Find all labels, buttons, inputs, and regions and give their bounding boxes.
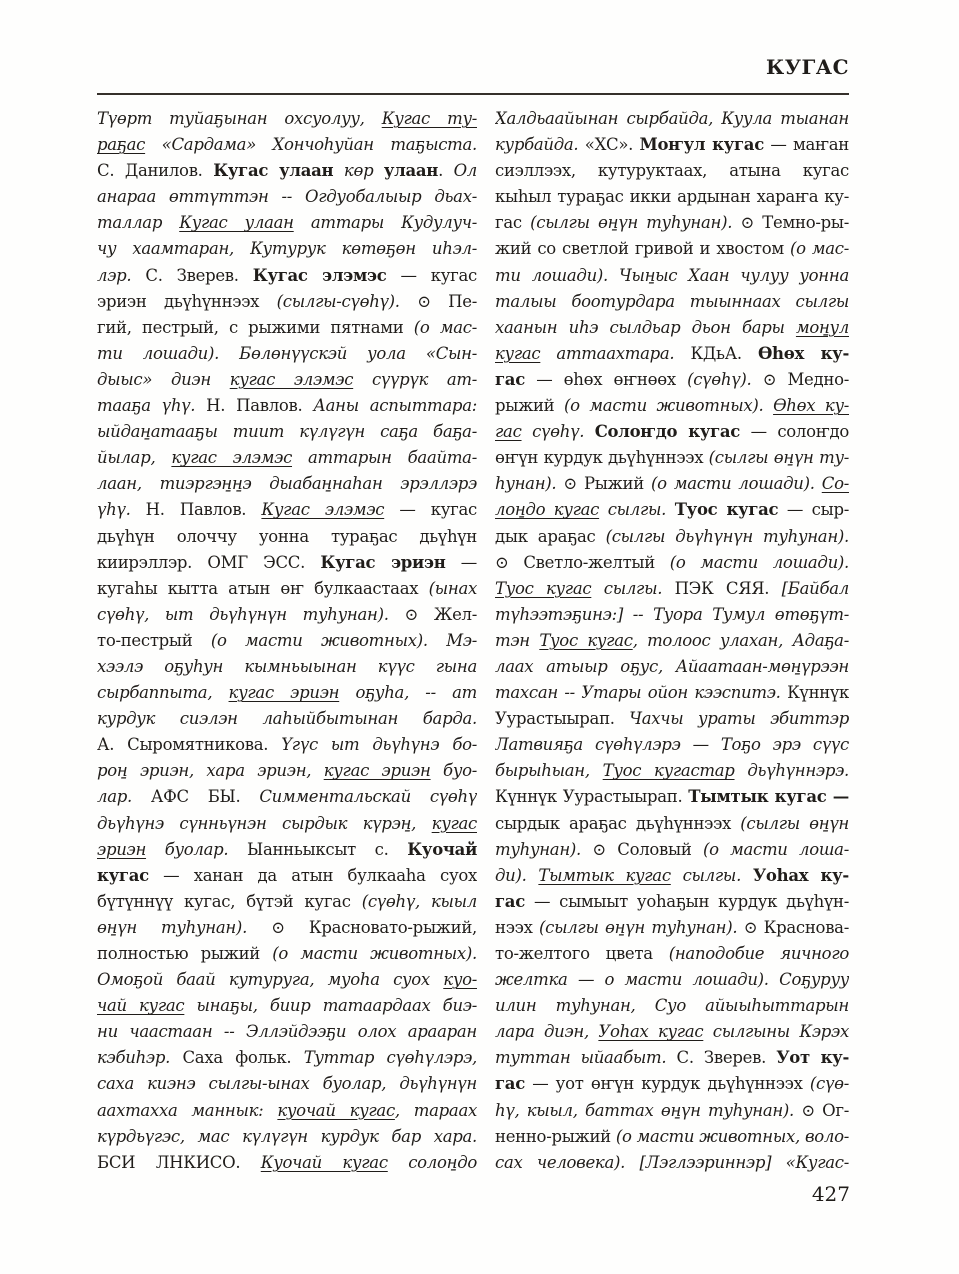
text-line: чай кугас ынаҕы, биир татаардаах биэ- xyxy=(97,993,477,1019)
text-line: БСИ ЛНКИСО. Куочай кугас солон̱до xyxy=(97,1150,477,1176)
page-number: 427 xyxy=(812,1182,850,1206)
text-line: Түөрт туйаҕынан охсуолуу, Кугас ту- xyxy=(97,106,477,132)
text-line: Латвияҕа сүөһүлэрэ — Тоҕо эрэ сүүс xyxy=(495,732,849,758)
text-run: Туттар сүөһүлэрэ, xyxy=(304,1048,477,1067)
text-run: анараа өттүттэн -- Огдуобалыыр дьах- xyxy=(97,187,477,206)
text-run: , тараах xyxy=(395,1101,477,1120)
text-run: (наподобие яичного xyxy=(669,944,849,963)
text-run: (о мас- xyxy=(414,318,477,337)
text-column-right: Халдьаайынан сырбайда, Куула тыананкурба… xyxy=(495,106,849,1176)
text-run: — xyxy=(446,553,477,572)
text-run: Омоҕой баай кутуруга, муоһа суох xyxy=(97,970,443,989)
text-run: Уурастыырап. xyxy=(495,709,629,728)
text-line: Омоҕой баай кутуруга, муоһа суох куо- xyxy=(97,967,477,993)
text-run: . xyxy=(438,161,454,180)
text-run: БСИ ЛНКИСО. xyxy=(97,1153,261,1172)
text-run: ыйдан̱атааҕы тиит күлүгүн саҕа баҕа- xyxy=(97,422,477,441)
text-line: чу хаамтаран, Кутурук көтөҕөн иһэл- xyxy=(97,236,477,262)
text-line: лаах атыыр оҕус, Айаатаан-мөн̱үрээн xyxy=(495,654,849,680)
text-run: дыыс» диэн xyxy=(97,370,230,389)
text-line: С. Данилов. Кугас улаан көр улаан. Ол xyxy=(97,158,477,184)
text-run: дьүһүн олоччу уонна тураҕас дьүһүн xyxy=(97,527,477,546)
text-run: ни чаастаан -- Эллэйдээҕи олох арааран xyxy=(97,1022,477,1041)
text-run: аттары Кудулуч- xyxy=(294,213,477,232)
text-run: Н. Павлов. xyxy=(195,396,313,415)
text-run: Түөрт туйаҕынан охсуолуу, xyxy=(97,109,382,128)
running-head-title: КУГАС xyxy=(766,55,849,79)
text-run: (сүөһү). xyxy=(687,370,751,389)
text-run: Куочай кугас xyxy=(261,1153,388,1172)
text-run: кугаһы кытта атын өҥ булкаастаах xyxy=(97,579,429,598)
text-line: рыжий (о масти животных). Өһөх ку- xyxy=(495,393,849,419)
text-line: гас сүөһү. Солоҥдо кугас — солоҥдо xyxy=(495,419,849,445)
text-run: сүөһү. xyxy=(522,422,595,441)
text-line: һунан). ⊙ Рыжий (о масти лошади). Со- xyxy=(495,471,849,497)
text-line: киирэллэр. ОМГ ЭСС. Кугас эриэн — xyxy=(97,550,477,576)
text-line: гас (сылгы өн̱үн туһунан). ⊙ Темно-ры- xyxy=(495,210,849,236)
text-run: улаан xyxy=(384,161,438,180)
text-run: то-пестрый xyxy=(97,631,211,650)
text-run: Уоһах кугас xyxy=(598,1022,703,1041)
text-line: ти лошади). Чын̱ыс Хаан чулуу уонна xyxy=(495,263,849,289)
text-line: то-пестрый (о масти животных). Мэ- xyxy=(97,628,477,654)
text-run: лара диэн, xyxy=(495,1022,598,1041)
text-run: Саха фольк. xyxy=(170,1048,304,1067)
text-run: кугас эриэн xyxy=(229,683,340,702)
text-line: гас — өһөх өҥнөөх (сүөһү). ⊙ Медно- xyxy=(495,367,849,393)
text-run: курбайда. xyxy=(495,135,578,154)
text-run: ⊙ Темно-ры- xyxy=(732,213,849,232)
text-line: кугаһы кытта атын өҥ булкаастаах (ынах xyxy=(97,576,477,602)
text-run: Өһөх ку- xyxy=(773,396,849,415)
text-run: дык араҕас xyxy=(495,527,606,546)
text-line: кыһыл тураҕас икки ардынан хараҥа ку- xyxy=(495,184,849,210)
text-line: сах человека). [Лэглээриннэр] «Кугас- xyxy=(495,1150,849,1176)
text-line: бырыһыан, Туос кугастар дьүһүннэрэ. xyxy=(495,758,849,784)
text-run: сырбаппыта, xyxy=(97,683,229,702)
text-run: Туос кугас xyxy=(495,579,591,598)
text-run: һунан). xyxy=(495,474,556,493)
text-line: гий, пестрый, с рыжими пятнами (о мас- xyxy=(97,315,477,341)
text-line: ди). Тымтык кугас сылгы. Уоһах ку- xyxy=(495,863,849,889)
text-line: лара диэн, Уоһах кугас сылгыны Кэрэх xyxy=(495,1019,849,1045)
text-run: Тымтык кугас — xyxy=(688,787,849,806)
text-run: сүүрүк ат- xyxy=(353,370,477,389)
text-run: гас xyxy=(495,213,530,232)
text-run: (о масти животных, воло- xyxy=(616,1127,849,1146)
text-run: солон̱до xyxy=(388,1153,477,1172)
text-line: полностью рыжий (о масти животных). xyxy=(97,941,477,967)
text-run: (о масти лоша- xyxy=(703,840,849,859)
text-run: кугас элэмэс xyxy=(171,448,292,467)
text-run: Күннүк Уурастыырап. xyxy=(495,787,688,806)
text-run: сиэллээх, кутуруктаах, атына кугас уонна xyxy=(495,161,849,184)
text-run: Ыанньыксыт с. xyxy=(228,840,407,859)
text-run: дьүһүнэ сүнньүнэн сырдык күрэн̱, xyxy=(97,814,432,833)
text-run: эриэн дьүһүннээх xyxy=(97,292,277,311)
text-line: бүтүннүү кугас, бүтэй кугас (сүөһү, кыыл xyxy=(97,889,477,915)
text-run: куо- xyxy=(443,970,477,989)
text-line: жий со светлой гривой и хвостом (о мас- xyxy=(495,236,849,262)
text-line: ыйдан̱атааҕы тиит күлүгүн саҕа баҕа- xyxy=(97,419,477,445)
text-run: чай кугас xyxy=(97,996,184,1015)
text-run: дьүһүннэрэ. xyxy=(735,761,849,780)
text-run: (сылгы өн̱үн ту- xyxy=(709,448,849,467)
text-run: мон̱ул xyxy=(796,318,849,337)
text-run: гий, пестрый, с рыжими пятнами xyxy=(97,318,414,337)
text-run: — ханан да атын булкааһа суох xyxy=(149,866,477,885)
text-run: [Байбал xyxy=(782,579,849,598)
text-run: ⊙ Светло-желтый xyxy=(495,553,670,572)
text-run: — уот өҥүн курдук дьүһүннээх xyxy=(525,1074,810,1093)
text-line: йылар, кугас элэмэс аттарын баайта- xyxy=(97,445,477,471)
text-run: Солоҥдо кугас xyxy=(595,422,740,441)
text-run: курдук сиэлэн лаһыйбытынан барда. xyxy=(97,709,477,728)
text-line: талыы боотурдара тыыннаах сылгы xyxy=(495,289,849,315)
text-run: Уоһах ку- xyxy=(753,866,849,885)
text-line: туһунан). ⊙ Соловый (о масти лоша- xyxy=(495,837,849,863)
text-run: буолар. xyxy=(146,840,228,859)
text-line: раҕас «Сардама» Хончоһуйан таҕыста. xyxy=(97,132,477,158)
text-line: өн̱үн туһунан). ⊙ Красновато-рыжий, xyxy=(97,915,477,941)
text-run: (ынах xyxy=(429,579,477,598)
text-line: то-желтого цвета (наподобие яичного xyxy=(495,941,849,967)
text-run: (сылгы өн̱үн туһунан). xyxy=(530,213,732,232)
text-run: Кугас улаан xyxy=(213,161,333,180)
text-line: түһээтэҕинэ:] -- Туора Тумул өтөҕүт- xyxy=(495,602,849,628)
text-line: лар. АФС БЫ. Симментальскай сүөһү xyxy=(97,784,477,810)
text-line: Туос кугас сылгы. ПЭК СЯЯ. [Байбал xyxy=(495,576,849,602)
text-run: туттан ыйаабыт. xyxy=(495,1048,666,1067)
text-run: (о масти животных). xyxy=(564,396,773,415)
text-line: анараа өттүттэн -- Огдуобалыыр дьах- xyxy=(97,184,477,210)
text-run: гас xyxy=(495,370,525,389)
text-line: ти лошади). Бөлөнүүскэй уола «Сын- xyxy=(97,341,477,367)
text-line: лаан, тиэргэн̱н̱э дыабан̱наһан эрэллэрэ xyxy=(97,471,477,497)
text-run: Күннүк xyxy=(781,683,849,702)
text-line: лэр. С. Зверев. Кугас элэмэс — кугас xyxy=(97,263,477,289)
text-run: — сыр- xyxy=(778,500,849,519)
text-run: лар. xyxy=(97,787,132,806)
text-run: С. Зверев. xyxy=(131,266,252,285)
text-run: сылгы. xyxy=(591,579,662,598)
text-run: көр xyxy=(333,161,384,180)
text-run: чу хаамтаран, Кутурук көтөҕөн иһэл- xyxy=(97,239,477,258)
text-run: куочай кугас xyxy=(277,1101,395,1120)
text-line: тэн Туос кугас, толоос улахан, Адаҕа- xyxy=(495,628,849,654)
text-run: — сымыыт уоһаҕын курдук дьүһүн- xyxy=(525,892,849,911)
text-line: рон̱ эриэн, хара эриэн, кугас эриэн буо- xyxy=(97,758,477,784)
text-run: күрдьүгэс, мас күлүгүн курдук бар хара. xyxy=(97,1127,477,1146)
text-run: рыжий xyxy=(495,396,564,415)
text-run: буо- xyxy=(431,761,477,780)
text-line: кэбиһэр. Саха фольк. Туттар сүөһүлэрэ, xyxy=(97,1045,477,1071)
text-run: сылгы. xyxy=(599,500,675,519)
text-line: ненно-рыжий (о масти животных, воло- xyxy=(495,1124,849,1150)
text-run: лэр. xyxy=(97,266,131,285)
text-run: Кугас элэмэс xyxy=(261,500,384,519)
text-run: ⊙ Краснова- xyxy=(737,918,849,937)
text-run: ти лошади). Бөлөнүүскэй уола «Сын- xyxy=(97,344,477,363)
text-run: рон̱ эриэн, хара эриэн, xyxy=(97,761,324,780)
text-run: лаах атыыр оҕус, Айаатаан-мөн̱үрээн xyxy=(495,657,849,676)
text-line: туттан ыйаабыт. С. Зверев. Уот ку- xyxy=(495,1045,849,1071)
text-run: һү, кыыл, баттах өн̱үн туһунан). xyxy=(495,1101,794,1120)
text-run: Халдьаайынан сырбайда, Куула тыанан xyxy=(495,109,849,128)
text-run: ти лошади). Чын̱ыс Хаан чулуу уонна xyxy=(495,266,849,285)
text-line: ⊙ Светло-желтый (о масти лошади). xyxy=(495,550,849,576)
text-run: гас xyxy=(495,422,522,441)
text-run: Моҥул кугас xyxy=(639,135,763,154)
text-line: эриэн дьүһүннээх (сылгы-сүөһү). ⊙ Пе- xyxy=(97,289,477,315)
text-line: Уурастыырап. Чахчы ураты эбиттэр xyxy=(495,706,849,732)
text-line: дык араҕас (сылгы дьүһүнүн туһунан). xyxy=(495,524,849,550)
text-line: күрдьүгэс, мас күлүгүн курдук бар хара. xyxy=(97,1124,477,1150)
text-run: Н. Павлов. xyxy=(131,500,262,519)
text-run: кугас элэмэс xyxy=(230,370,353,389)
text-run: оҕуһа, -- ат xyxy=(339,683,477,702)
text-run: Чахчы ураты эбиттэр xyxy=(629,709,849,728)
text-run: (сылгы өн̱үн туһунан). xyxy=(539,918,737,937)
text-run: аахтахха маннык: xyxy=(97,1101,277,1120)
text-line: гас — сымыыт уоһаҕын курдук дьүһүн- xyxy=(495,889,849,915)
text-run: то-желтого цвета xyxy=(495,944,669,963)
text-line: курбайда. «ХС». Моҥул кугас — маҥан xyxy=(495,132,849,158)
text-run: КДьА. xyxy=(674,344,758,363)
text-line: сырдык араҕас дьүһүннээх (сылгы өн̱үн xyxy=(495,811,849,837)
text-line: Күннүк Уурастыырап. Тымтык кугас — xyxy=(495,784,849,810)
text-run: ПЭК СЯЯ. xyxy=(662,579,781,598)
text-run: тааҕа үһү. xyxy=(97,396,195,415)
text-run: ⊙ Жел- xyxy=(389,605,477,624)
text-run: бүтүннүү кугас, бүтэй кугас xyxy=(97,892,362,911)
text-run: (о масти животных). xyxy=(272,944,477,963)
text-run: гас xyxy=(495,892,525,911)
text-run: түһээтэҕинэ:] -- Туора Тумул өтөҕүт- xyxy=(495,605,849,624)
text-run: кыһыл тураҕас икки ардынан хараҥа ку- xyxy=(495,187,849,206)
text-run: раҕас xyxy=(97,135,145,154)
text-run: Со- xyxy=(822,474,849,493)
text-run: сылгы. xyxy=(671,866,753,885)
text-run: АФС БЫ. xyxy=(132,787,259,806)
text-run: сылгыны Кэрэх xyxy=(703,1022,849,1041)
text-run: аттарын баайта- xyxy=(292,448,477,467)
text-run: Туос кугас xyxy=(675,500,779,519)
text-run: полностью рыжий xyxy=(97,944,272,963)
text-run: Үгүс ыт дьүһүнэ бо- xyxy=(281,735,477,754)
text-run: кугас эриэн xyxy=(324,761,431,780)
text-line: тахсан -- Утары ойон кээспитэ. Күннүк xyxy=(495,680,849,706)
text-column-left: Түөрт туйаҕынан охсуолуу, Кугас ту-раҕас… xyxy=(97,106,477,1176)
text-run: талыы боотурдара тыыннаах сылгы xyxy=(495,292,849,311)
text-run: Кугас ту- xyxy=(382,109,477,128)
text-run: саха киэнэ сылгы-ынах буолар, дьүһүнүн xyxy=(97,1074,477,1093)
text-run: туһунан). xyxy=(495,840,581,859)
text-line: желтка — о масти лошади). Соҕуруу xyxy=(495,967,849,993)
text-line: саха киэнэ сылгы-ынах буолар, дьүһүнүн xyxy=(97,1071,477,1097)
text-line: сүөһү, ыт дьүһүнүн туһунан). ⊙ Жел- xyxy=(97,602,477,628)
text-run: кугас xyxy=(97,866,149,885)
text-run: «Сардама» Хончоһуйан таҕыста. xyxy=(145,135,477,154)
text-run: ⊙ Соловый xyxy=(581,840,703,859)
text-line: тааҕа үһү. Н. Павлов. Ааны аспыттара: xyxy=(97,393,477,419)
text-run: сүөһү, ыт дьүһүнүн туһунан). xyxy=(97,605,389,624)
text-run: (сүөһү, кыыл xyxy=(362,892,477,911)
text-line: дыыс» диэн кугас элэмэс сүүрүк ат- xyxy=(97,367,477,393)
text-run: (о масти лошади). xyxy=(651,474,822,493)
text-run: С. Зверев. xyxy=(666,1048,776,1067)
text-run: Кугас улаан xyxy=(179,213,294,232)
text-line: дьүһүнэ сүнньүнэн сырдык күрэн̱, кугас xyxy=(97,811,477,837)
text-run: Латвияҕа сүөһүлэрэ — Тоҕо эрэ сүүс xyxy=(495,735,849,754)
text-line: таллар Кугас улаан аттары Кудулуч- xyxy=(97,210,477,236)
text-line: дьүһүн олоччу уонна тураҕас дьүһүн xyxy=(97,524,477,550)
text-run: хаанын иһэ сылдьар дьон бары xyxy=(495,318,796,337)
text-run: Өһөх ку- xyxy=(758,344,849,363)
text-line: илин туһунан, Суо айыыһыттарын суол- xyxy=(495,993,849,1019)
text-run: жий со светлой гривой и хвостом xyxy=(495,239,790,258)
text-run: С. Данилов. xyxy=(97,161,213,180)
text-run: Симментальскай сүөһү xyxy=(259,787,477,806)
text-run: ди). xyxy=(495,866,538,885)
text-run: «ХС». xyxy=(578,135,639,154)
text-run: үһү. xyxy=(97,500,131,519)
text-run: — кугас xyxy=(384,500,477,519)
text-run: (о масти лошади). xyxy=(670,553,849,572)
text-run: — солоҥдо xyxy=(740,422,849,441)
text-line: эриэн буолар. Ыанньыксыт с. Куочай xyxy=(97,837,477,863)
text-run: — өһөх өҥнөөх xyxy=(525,370,687,389)
text-run: лаан, тиэргэн̱н̱э дыабан̱наһан эрэллэрэ xyxy=(97,474,477,493)
text-line: Халдьаайынан сырбайда, Куула тыанан xyxy=(495,106,849,132)
text-run: тахсан -- Утары ойон кээспитэ. xyxy=(495,683,781,702)
text-run: нээх xyxy=(495,918,539,937)
text-run: тэн xyxy=(495,631,539,650)
text-run: киирэллэр. ОМГ ЭСС. xyxy=(97,553,320,572)
text-run: , толоос улахан, Адаҕа- xyxy=(633,631,849,650)
text-line: сырбаппыта, кугас эриэн оҕуһа, -- ат xyxy=(97,680,477,706)
text-line: А. Сыромятникова. Үгүс ыт дьүһүнэ бо- xyxy=(97,732,477,758)
text-run: ⊙ Красновато-рыжий, xyxy=(247,918,477,937)
header-rule xyxy=(97,93,849,95)
text-line: сиэллээх, кутуруктаах, атына кугас уонна xyxy=(495,158,849,184)
text-run: Тымтык кугас xyxy=(538,866,670,885)
text-line: үһү. Н. Павлов. Кугас элэмэс — кугас xyxy=(97,497,477,523)
text-run: ынаҕы, биир татаардаах биэ- xyxy=(184,996,477,1015)
text-run: өн̱үн туһунан). xyxy=(97,918,247,937)
text-run: кэбиһэр. xyxy=(97,1048,170,1067)
text-run: сах человека). [Лэглээриннэр] «Кугас- xyxy=(495,1153,849,1172)
text-run: (о мас- xyxy=(790,239,849,258)
text-run: ⊙ Пе- xyxy=(400,292,477,311)
text-run: (о масти животных). Мэ- xyxy=(211,631,477,650)
text-line: лон̱до кугас сылгы. Туос кугас — сыр- xyxy=(495,497,849,523)
text-line: кугас аттаахтара. КДьА. Өһөх ку- xyxy=(495,341,849,367)
text-run: өҥүн курдук дьүһүннээх xyxy=(495,448,709,467)
text-line: хээлэ оҕуһун кымньыынан күүс гына xyxy=(97,654,477,680)
text-run: эриэн xyxy=(97,840,146,859)
text-run: (сүө- xyxy=(810,1074,849,1093)
text-run: ⊙ Ог- xyxy=(794,1101,849,1120)
text-run: сырдык араҕас дьүһүннээх xyxy=(495,814,740,833)
text-run: (сылгы өн̱үн xyxy=(740,814,849,833)
text-run: йылар, xyxy=(97,448,171,467)
text-run: (сылгы дьүһүнүн туһунан). xyxy=(606,527,849,546)
text-line: нээх (сылгы өн̱үн туһунан). ⊙ Краснова- xyxy=(495,915,849,941)
text-run: желтка — о масти лошади). Соҕуруу xyxy=(495,970,849,989)
text-run: хээлэ оҕуһун кымньыынан күүс гына xyxy=(97,657,477,676)
text-run: илин туһунан, Суо айыыһыттарын суол- xyxy=(495,996,849,1019)
text-line: хаанын иһэ сылдьар дьон бары мон̱ул xyxy=(495,315,849,341)
text-line: һү, кыыл, баттах өн̱үн туһунан). ⊙ Ог- xyxy=(495,1098,849,1124)
text-run: кугас xyxy=(432,814,477,833)
text-run: Кугас эриэн xyxy=(320,553,445,572)
text-run: Куочай xyxy=(407,840,477,859)
text-run: ⊙ Рыжий xyxy=(556,474,651,493)
text-run: Ол xyxy=(454,161,477,180)
text-run: Ааны аспыттара: xyxy=(313,396,477,415)
text-columns: Түөрт туйаҕынан охсуолуу, Кугас ту-раҕас… xyxy=(97,106,849,1176)
text-run: — кугас xyxy=(387,266,477,285)
text-run: Туос кугас xyxy=(539,631,632,650)
text-line: аахтахха маннык: куочай кугас, тараах xyxy=(97,1098,477,1124)
text-run: — маҥан xyxy=(764,135,849,154)
text-line: өҥүн курдук дьүһүннээх (сылгы өн̱үн ту- xyxy=(495,445,849,471)
text-run: ненно-рыжий xyxy=(495,1127,616,1146)
text-line: ни чаастаан -- Эллэйдээҕи олох арааран xyxy=(97,1019,477,1045)
text-run: Уот ку- xyxy=(776,1048,849,1067)
text-run: ⊙ Медно- xyxy=(751,370,849,389)
text-run: аттаахтара. xyxy=(540,344,674,363)
text-run: кугас xyxy=(495,344,540,363)
text-run: бырыһыан, xyxy=(495,761,603,780)
text-run: Кугас элэмэс xyxy=(253,266,387,285)
text-run: лон̱до кугас xyxy=(495,500,599,519)
text-run: таллар xyxy=(97,213,179,232)
text-line: курдук сиэлэн лаһыйбытынан барда. xyxy=(97,706,477,732)
text-run: Туос кугастар xyxy=(603,761,735,780)
text-run: (сылгы-сүөһү). xyxy=(277,292,400,311)
dictionary-page: КУГАС Түөрт туйаҕынан охсуолуу, Кугас ту… xyxy=(0,0,959,1274)
text-line: гас — уот өҥүн курдук дьүһүннээх (сүө- xyxy=(495,1071,849,1097)
text-run: А. Сыромятникова. xyxy=(97,735,281,754)
text-run: гас xyxy=(495,1074,525,1093)
text-line: кугас — ханан да атын булкааһа суох xyxy=(97,863,477,889)
